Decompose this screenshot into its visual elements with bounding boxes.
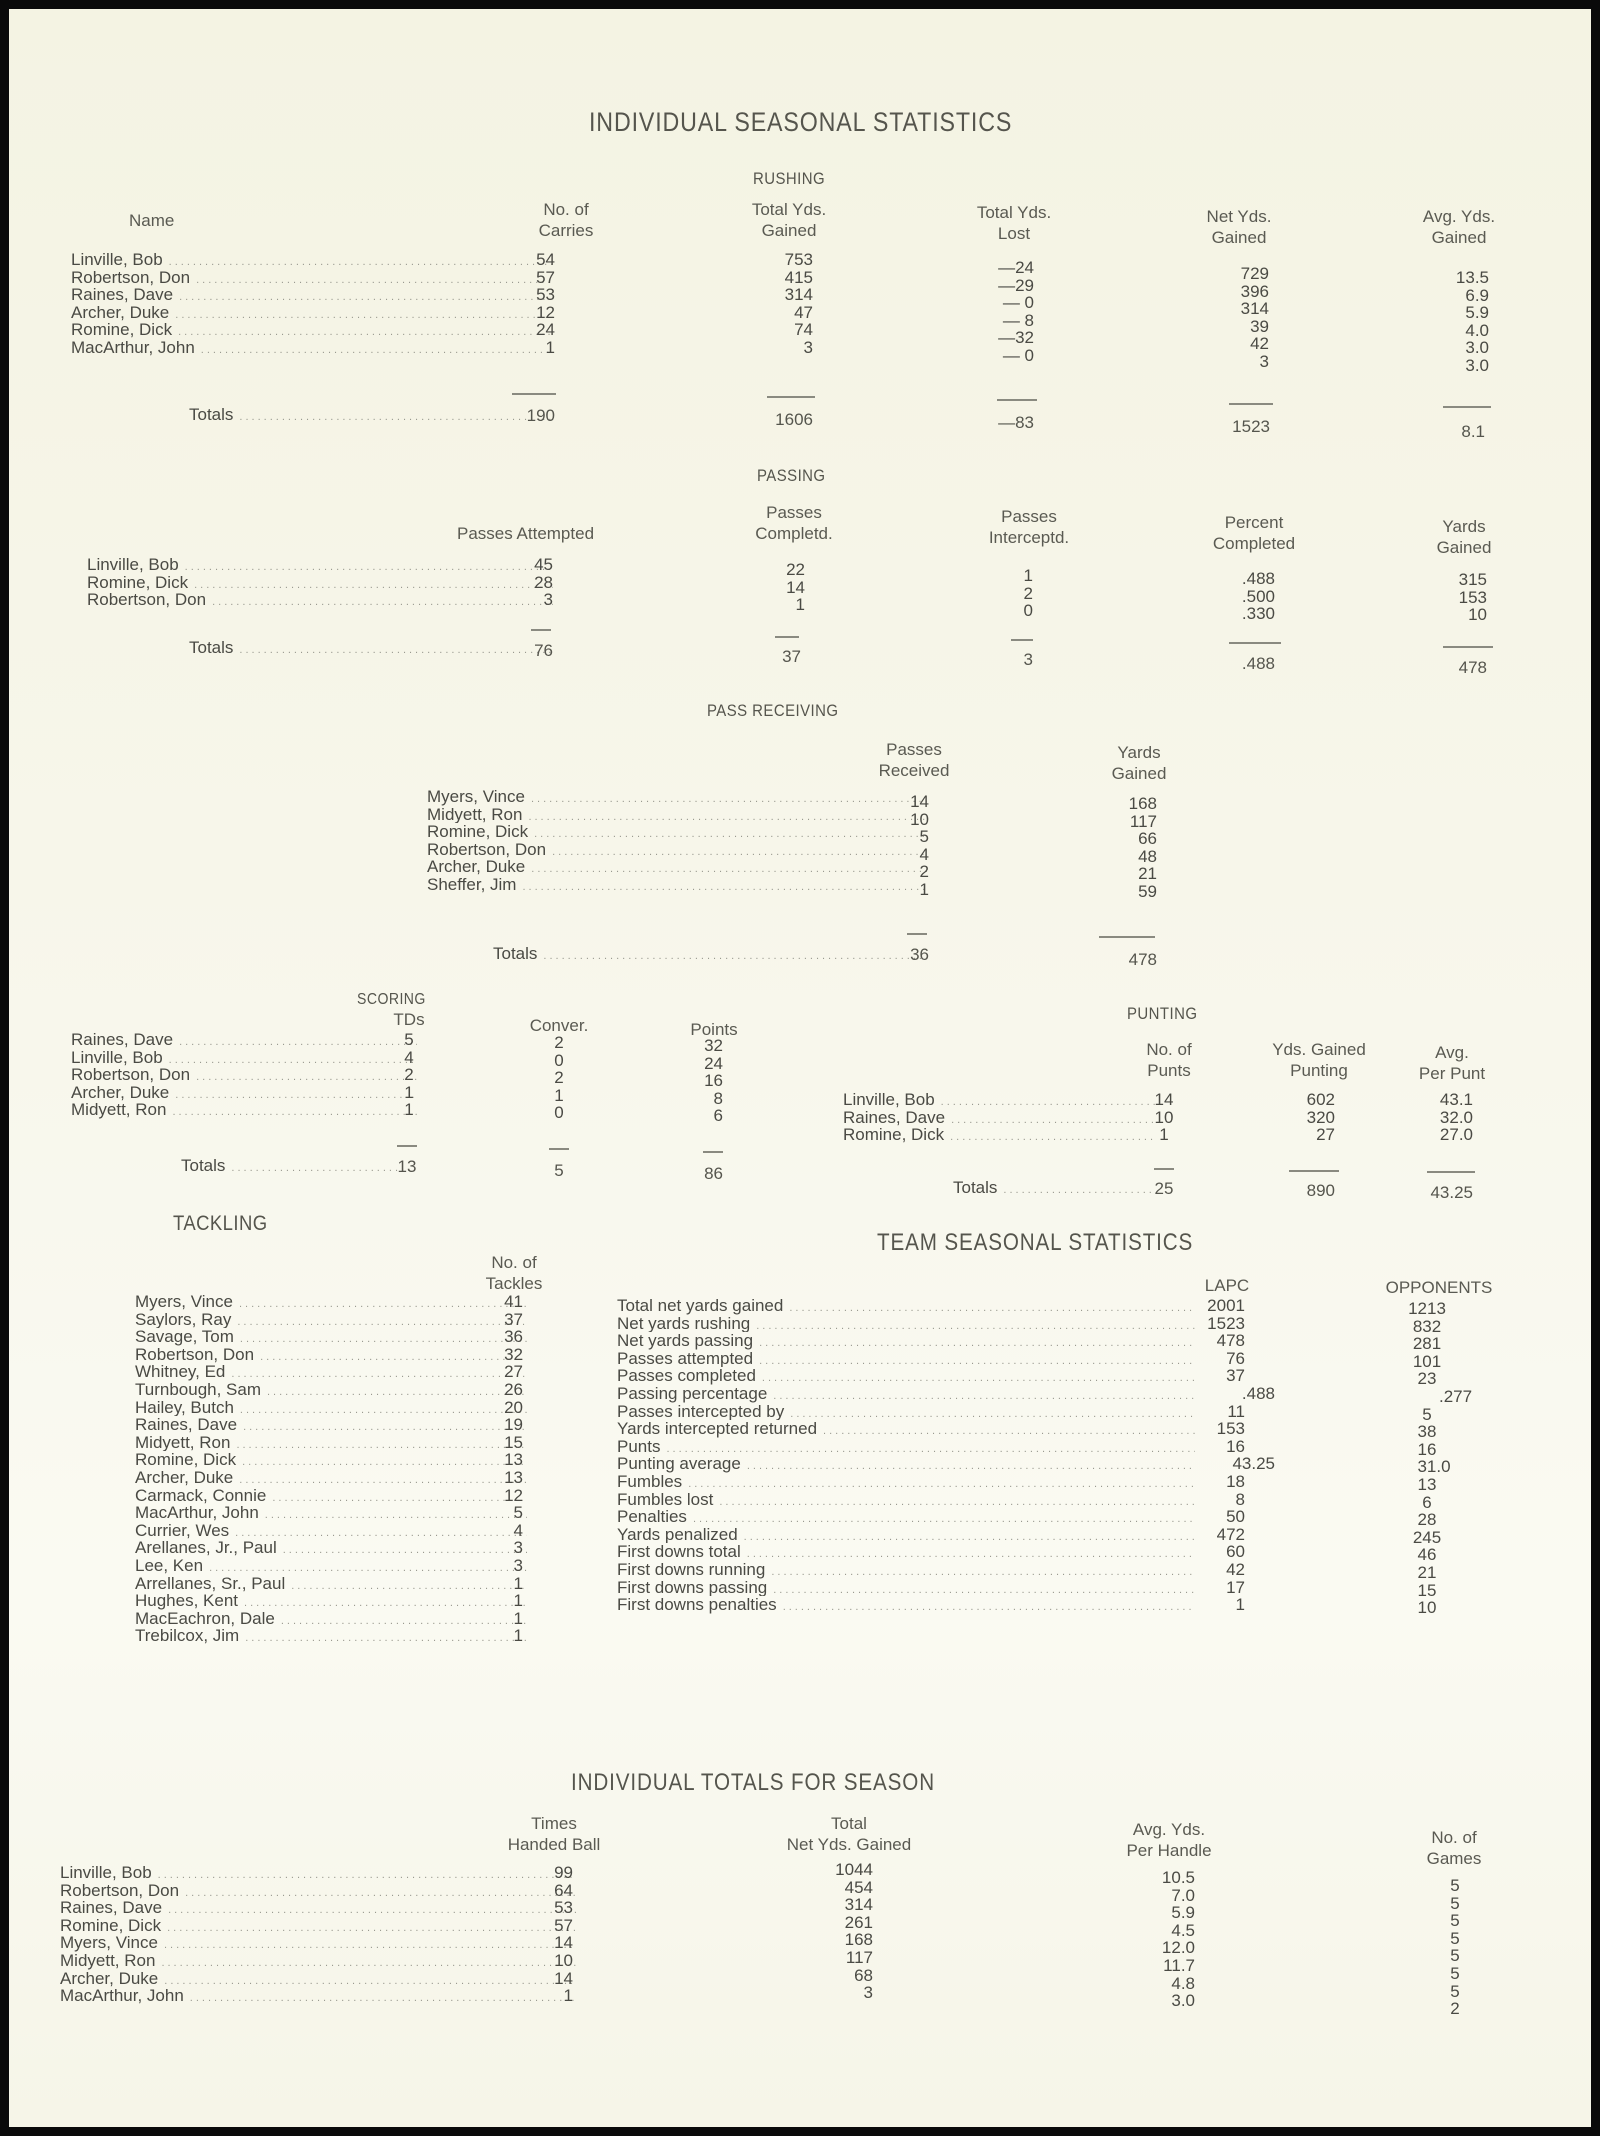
stat-label: Passes completed <box>617 1367 762 1385</box>
cell-received: 4 <box>899 846 929 864</box>
cell-opponents: 1213 <box>1399 1300 1455 1318</box>
cell-yards: 168 <box>1117 795 1157 813</box>
col-header-opponents: OPPONENTS <box>1379 1277 1499 1298</box>
cell-yards: 117 <box>1117 813 1157 831</box>
table-row: Robertson, Don <box>135 1346 527 1364</box>
player-name: Myers, Vince <box>135 1293 239 1311</box>
table-row: Archer, Duke <box>71 304 553 322</box>
table-row: First downs penalties <box>617 1596 1195 1614</box>
total-points: 86 <box>689 1164 723 1184</box>
table-row: Passes intercepted by <box>617 1403 1195 1421</box>
passing-heading: PASSING <box>757 466 825 486</box>
player-name: Arrellanes, Sr., Paul <box>135 1575 291 1593</box>
total-carries: 190 <box>515 406 555 426</box>
cell-points: 8 <box>689 1090 723 1108</box>
table-row: Midyett, Ron <box>60 1952 576 1970</box>
cell-tds: 2 <box>397 1066 421 1084</box>
col-header-punts: No. of Punts <box>1129 1039 1209 1081</box>
cell-handled: 64 <box>543 1882 573 1900</box>
cell-net: 729 <box>1231 265 1269 283</box>
totals-handled-col: 99 64 53 57 14 10 14 1 <box>543 1864 573 2005</box>
cell-lapc: 8 <box>1195 1491 1245 1509</box>
table-row: Romine, Dick <box>135 1451 527 1469</box>
cell-opponents: 832 <box>1399 1318 1455 1336</box>
cell-opponents: 38 <box>1399 1423 1455 1441</box>
player-name: Sheffer, Jim <box>427 876 522 894</box>
cell-opponents: 6 <box>1399 1494 1455 1512</box>
cell-net: 42 <box>1231 335 1269 353</box>
cell-lost: —32 <box>994 329 1034 347</box>
player-name: Raines, Dave <box>135 1416 243 1434</box>
player-name: Midyett, Ron <box>135 1434 236 1452</box>
col-header-per-punt: Avg. Per Punt <box>1407 1042 1497 1084</box>
scoring-tds-col: 5 4 2 1 1 <box>397 1031 421 1119</box>
cell-conver: 0 <box>547 1104 571 1122</box>
leader-dots <box>773 1388 1195 1403</box>
cell-received: 14 <box>899 793 929 811</box>
cell-opponents: 10 <box>1399 1599 1455 1617</box>
player-name: Linville, Bob <box>71 1049 169 1067</box>
leader-dots <box>240 1331 527 1346</box>
cell-tackles: 36 <box>489 1328 523 1346</box>
player-name: Currier, Wes <box>135 1522 235 1540</box>
passing-percent-col: .488 .500 .330 <box>1231 570 1275 623</box>
punting-avg-col: 43.1 32.0 27.0 <box>1429 1091 1473 1144</box>
passing-intercepted-col: 1 2 0 <box>1009 567 1033 620</box>
player-name: Saylors, Ray <box>135 1311 237 1329</box>
leader-dots <box>534 826 927 841</box>
total-per-punt: 43.25 <box>1423 1183 1473 1203</box>
cell-tds: 1 <box>397 1101 421 1119</box>
scoring-names: Raines, Dave Linville, Bob Robertson, Do… <box>71 1031 417 1119</box>
cell-opponents: 16 <box>1399 1441 1455 1459</box>
table-row: Arellanes, Jr., Paul <box>135 1539 527 1557</box>
table-row: Midyett, Ron <box>427 806 927 824</box>
receiving-heading: PASS RECEIVING <box>707 701 838 721</box>
leader-dots <box>236 1437 527 1452</box>
leader-dots <box>693 1511 1195 1526</box>
cell-lapc: 43.25 <box>1195 1455 1275 1473</box>
total-completed: 37 <box>765 647 801 667</box>
cell-conver: 0 <box>547 1052 571 1070</box>
cell-received: 2 <box>899 863 929 881</box>
table-row: Robertson, Don <box>87 591 553 609</box>
stat-label: Net yards rushing <box>617 1315 756 1333</box>
leader-dots <box>239 1472 527 1487</box>
team-stats-heading: TEAM SEASONAL STATISTICS <box>877 1229 1193 1257</box>
total-punt-yards: 890 <box>1297 1181 1335 1201</box>
col-header-punt-yards: Yds. Gained Punting <box>1259 1039 1379 1081</box>
leader-dots <box>941 1094 1157 1109</box>
col-header-lapc: LAPC <box>1197 1275 1257 1296</box>
table-row: Romine, Dick <box>87 574 553 592</box>
col-header-tds: TDs <box>389 1009 429 1030</box>
table-row: Midyett, Ron <box>71 1101 417 1119</box>
leader-dots <box>239 1296 527 1311</box>
player-name: Whitney, Ed <box>135 1363 231 1381</box>
player-name: MacArthur, John <box>135 1504 265 1522</box>
player-name: Robertson, Don <box>427 841 552 859</box>
cell-games: 5 <box>1445 1877 1465 1895</box>
cell-tackles: 27 <box>489 1363 523 1381</box>
cell-net: 3 <box>1231 353 1269 371</box>
cell-conver: 1 <box>547 1087 571 1105</box>
cell-avg: 6.9 <box>1449 287 1489 305</box>
col-header-total-lost: Total Yds. Lost <box>959 202 1069 244</box>
col-header-rec-yards: Yards Gained <box>1094 742 1184 784</box>
cell-tackles: 3 <box>489 1539 523 1557</box>
scoring-conver-col: 2 0 2 1 0 <box>547 1034 571 1122</box>
cell-lapc: 18 <box>1195 1473 1245 1491</box>
leader-dots <box>951 1112 1157 1127</box>
cell-yards: 320 <box>1299 1109 1335 1127</box>
cell-received: 1 <box>899 881 929 899</box>
cell-net: 3 <box>829 1984 873 2002</box>
cell-avg: 4.0 <box>1449 322 1489 340</box>
totals-label: Totals <box>953 1179 1003 1197</box>
table-row: Robertson, Don <box>71 269 553 287</box>
cell-avg: 11.7 <box>1147 1957 1195 1975</box>
table-row: Robertson, Don <box>60 1882 576 1900</box>
cell-lapc: 17 <box>1195 1579 1245 1597</box>
cell-games: 5 <box>1445 1947 1465 1965</box>
table-row: Linville, Bob <box>87 556 553 574</box>
leader-dots <box>244 1595 527 1610</box>
player-name: Romine, Dick <box>427 823 534 841</box>
total-net: 1523 <box>1224 417 1270 437</box>
table-row: Archer, Duke <box>60 1970 576 1988</box>
player-name: Myers, Vince <box>60 1934 164 1952</box>
player-name: Archer, Duke <box>71 304 175 322</box>
totals-net-col: 1044 454 314 261 168 117 68 3 <box>829 1861 873 2002</box>
cell-tackles: 13 <box>489 1451 523 1469</box>
cell-tackles: 3 <box>489 1557 523 1575</box>
cell-net: 454 <box>829 1879 873 1897</box>
leader-dots <box>239 409 551 424</box>
leader-dots <box>168 1902 576 1917</box>
cell-opponents: 15 <box>1399 1582 1455 1600</box>
table-row: Arrellanes, Sr., Paul <box>135 1575 527 1593</box>
cell-lapc: 60 <box>1195 1543 1245 1561</box>
cell-avg: 43.1 <box>1429 1091 1473 1109</box>
cell-lapc: 37 <box>1195 1367 1245 1385</box>
stat-label: Yards intercepted returned <box>617 1420 823 1438</box>
table-row: Archer, Duke <box>135 1469 527 1487</box>
stat-label: Passing percentage <box>617 1385 773 1403</box>
rushing-net-col: 729 396 314 39 42 3 <box>1231 265 1269 371</box>
leader-dots <box>688 1476 1195 1491</box>
total-punts: 25 <box>1147 1179 1181 1199</box>
leader-dots <box>789 1300 1195 1315</box>
cell-intercepted: 0 <box>1009 602 1033 620</box>
total-rec-yards: 478 <box>1117 950 1157 970</box>
leader-dots <box>178 324 553 339</box>
leader-dots <box>771 1564 1195 1579</box>
leader-dots <box>756 1318 1195 1333</box>
cell-points: 24 <box>689 1055 723 1073</box>
cell-lapc: 2001 <box>1195 1297 1245 1315</box>
leader-dots <box>552 844 927 859</box>
leader-dots <box>528 809 927 824</box>
leader-dots <box>172 1104 417 1119</box>
table-row: Myers, Vince <box>135 1293 527 1311</box>
cell-opponents: 21 <box>1399 1564 1455 1582</box>
cell-gained: 3 <box>769 339 813 357</box>
cell-tackles: 12 <box>489 1487 523 1505</box>
table-row: First downs total <box>617 1543 1195 1561</box>
leader-dots <box>543 948 927 963</box>
total-yards: 478 <box>1449 658 1487 678</box>
cell-points: 32 <box>689 1037 723 1055</box>
leader-dots <box>235 1525 527 1540</box>
col-header-received: Passes Received <box>859 739 969 781</box>
player-name: Linville, Bob <box>87 556 185 574</box>
cell-avg: 3.0 <box>1449 357 1489 375</box>
cell-tackles: 20 <box>489 1399 523 1417</box>
table-row: Passes attempted <box>617 1350 1195 1368</box>
stat-label: Penalties <box>617 1508 693 1526</box>
player-name: Trebilcox, Jim <box>135 1627 245 1645</box>
player-name: Romine, Dick <box>135 1451 242 1469</box>
cell-avg: 13.5 <box>1449 269 1489 287</box>
cell-avg: 3.0 <box>1449 339 1489 357</box>
leader-dots <box>243 1419 527 1434</box>
cell-gained: 415 <box>769 269 813 287</box>
cell-net: 39 <box>1231 318 1269 336</box>
leader-dots <box>666 1441 1195 1456</box>
table-row: MacArthur, John <box>60 1987 576 2005</box>
cell-net: 117 <box>829 1949 873 1967</box>
scoring-heading: SCORING <box>357 991 426 1009</box>
cell-opponents: .277 <box>1439 1388 1455 1406</box>
cell-opponents: 31.0 <box>1413 1458 1455 1476</box>
leader-dots <box>164 1973 576 1988</box>
passing-attempted-col: 45 28 3 <box>517 556 553 609</box>
leader-dots <box>744 1529 1195 1544</box>
cell-avg: 4.8 <box>1147 1975 1195 1993</box>
page-title: INDIVIDUAL SEASONAL STATISTICS <box>589 107 1012 138</box>
cell-tackles: 41 <box>489 1293 523 1311</box>
cell-points: 16 <box>689 1072 723 1090</box>
player-name: MacEachron, Dale <box>135 1610 281 1628</box>
table-row: Punting average <box>617 1455 1195 1473</box>
leader-dots <box>762 1370 1195 1385</box>
cell-intercepted: 2 <box>1009 585 1033 603</box>
cell-lost: — 0 <box>994 294 1034 312</box>
cell-attempted: 3 <box>517 591 553 609</box>
player-name: Lee, Ken <box>135 1557 209 1575</box>
table-row: Saylors, Ray <box>135 1311 527 1329</box>
cell-percent: .330 <box>1231 605 1275 623</box>
cell-lapc: 42 <box>1195 1561 1245 1579</box>
stat-label: Passes intercepted by <box>617 1403 790 1421</box>
table-row: Robertson, Don <box>71 1066 417 1084</box>
leader-dots <box>231 1366 527 1381</box>
player-name: Midyett, Ron <box>427 806 528 824</box>
cell-lapc: 1 <box>1195 1596 1245 1614</box>
tackling-names: Myers, Vince Saylors, Ray Savage, Tom Ro… <box>135 1293 527 1645</box>
cell-yards: 10 <box>1449 606 1487 624</box>
leader-dots <box>190 1990 576 2005</box>
table-row: Currier, Wes <box>135 1522 527 1540</box>
cell-yards: 66 <box>1117 830 1157 848</box>
player-name: Robertson, Don <box>60 1882 185 1900</box>
col-header-carries: No. of Carries <box>521 199 611 241</box>
cell-net: 68 <box>829 1967 873 1985</box>
cell-tds: 5 <box>397 1031 421 1049</box>
leader-dots <box>212 594 553 609</box>
player-name: Linville, Bob <box>60 1864 158 1882</box>
table-row: Whitney, Ed <box>135 1363 527 1381</box>
col-header-total-gained: Total Yds. Gained <box>734 199 844 241</box>
player-name: MacArthur, John <box>60 1987 190 2005</box>
leader-dots <box>242 1454 527 1469</box>
table-row: Punts <box>617 1438 1195 1456</box>
rushing-names: Linville, Bob Robertson, Don Raines, Dav… <box>71 251 553 357</box>
player-name: Archer, Duke <box>427 858 531 876</box>
sum-rule <box>1427 1171 1475 1173</box>
leader-dots <box>179 289 553 304</box>
cell-punts: 14 <box>1147 1091 1181 1109</box>
cell-avg: 27.0 <box>1429 1126 1473 1144</box>
cell-punts: 10 <box>1147 1109 1181 1127</box>
stat-label: First downs running <box>617 1561 771 1579</box>
player-name: Myers, Vince <box>427 788 531 806</box>
cell-tackles: 1 <box>489 1592 523 1610</box>
player-name: Savage, Tom <box>135 1328 240 1346</box>
cell-tackles: 1 <box>489 1610 523 1628</box>
cell-lost: —29 <box>994 277 1034 295</box>
punting-names: Linville, Bob Raines, Dave Romine, Dick <box>843 1091 1157 1144</box>
table-row: Lee, Ken <box>135 1557 527 1575</box>
leader-dots <box>196 1069 417 1084</box>
player-name: Linville, Bob <box>71 251 169 269</box>
leader-dots <box>773 1582 1195 1597</box>
passing-yards-col: 315 153 10 <box>1449 571 1487 624</box>
table-row: Raines, Dave <box>71 286 553 304</box>
cell-games: 5 <box>1445 1912 1465 1930</box>
table-row: Fumbles lost <box>617 1491 1195 1509</box>
player-name: Robertson, Don <box>87 591 212 609</box>
table-row: Penalties <box>617 1508 1195 1526</box>
col-header-avg-gained: Avg. Yds. Gained <box>1409 206 1509 248</box>
cell-carries: 1 <box>519 339 555 357</box>
cell-net: 261 <box>829 1914 873 1932</box>
cell-carries: 57 <box>519 269 555 287</box>
col-header-total-net: Total Net Yds. Gained <box>769 1813 929 1855</box>
sum-rule <box>1229 642 1281 644</box>
player-name: Turnbough, Sam <box>135 1381 267 1399</box>
cell-completed: 14 <box>769 579 805 597</box>
col-header-times-handled: Times Handed Ball <box>504 1813 604 1855</box>
leader-dots <box>169 1052 417 1067</box>
stat-label: Net yards passing <box>617 1332 759 1350</box>
player-name: Raines, Dave <box>71 286 179 304</box>
player-name: Raines, Dave <box>60 1899 168 1917</box>
table-row: Net yards rushing <box>617 1315 1195 1333</box>
leader-dots <box>747 1546 1195 1561</box>
receiving-yards-col: 168 117 66 48 21 59 <box>1117 795 1157 901</box>
leader-dots <box>194 577 553 592</box>
cell-handled: 14 <box>543 1934 573 1952</box>
cell-tackles: 4 <box>489 1522 523 1540</box>
leader-dots <box>1003 1182 1153 1197</box>
col-header-completed: Passes Completd. <box>739 502 849 544</box>
cell-tackles: 19 <box>489 1416 523 1434</box>
passing-names: Linville, Bob Romine, Dick Robertson, Do… <box>87 556 553 609</box>
cell-gained: 314 <box>769 286 813 304</box>
cell-yards: 153 <box>1449 589 1487 607</box>
sum-rule <box>512 393 556 395</box>
player-name: Robertson, Don <box>71 269 196 287</box>
table-row: Total net yards gained <box>617 1297 1195 1315</box>
passing-totals-label: Totals <box>189 639 551 657</box>
table-row: Yards penalized <box>617 1526 1195 1544</box>
player-name: Romine, Dick <box>71 321 178 339</box>
table-row: Carmack, Connie <box>135 1487 527 1505</box>
totals-label: Totals <box>189 639 239 657</box>
leader-dots <box>950 1129 1157 1144</box>
player-name: Romine, Dick <box>87 574 194 592</box>
player-name: Raines, Dave <box>71 1031 179 1049</box>
cell-received: 5 <box>899 828 929 846</box>
leader-dots <box>747 1458 1195 1473</box>
cell-carries: 12 <box>519 304 555 322</box>
table-row: Sheffer, Jim <box>427 876 927 894</box>
cell-games: 5 <box>1445 1895 1465 1913</box>
rushing-carries-col: 54 57 53 12 24 1 <box>519 251 555 357</box>
cell-games: 5 <box>1445 1930 1465 1948</box>
player-name: Robertson, Don <box>71 1066 196 1084</box>
col-header-net-gained: Net Yds. Gained <box>1189 206 1289 248</box>
player-name: MacArthur, John <box>71 339 201 357</box>
sum-rule <box>997 399 1037 401</box>
stat-label: Passes attempted <box>617 1350 759 1368</box>
leader-dots <box>265 1507 527 1522</box>
table-row: Myers, Vince <box>60 1934 576 1952</box>
leader-dots <box>237 1314 527 1329</box>
player-name: Raines, Dave <box>843 1109 951 1127</box>
sum-rule <box>907 933 927 935</box>
table-row: Romine, Dick <box>60 1917 576 1935</box>
team-lapc-col: 2001 1523 478 76 37 .488 11 153 16 43.25… <box>1195 1297 1245 1614</box>
leader-dots <box>169 254 553 269</box>
table-row: Romine, Dick <box>843 1126 1157 1144</box>
totals-label: Totals <box>189 406 239 424</box>
cell-yards: 602 <box>1299 1091 1335 1109</box>
cell-avg: 7.0 <box>1147 1887 1195 1905</box>
table-row: Fumbles <box>617 1473 1195 1491</box>
leader-dots <box>209 1560 527 1575</box>
table-row: MacArthur, John <box>135 1504 527 1522</box>
cell-lapc: 50 <box>1195 1508 1245 1526</box>
leader-dots <box>260 1349 527 1364</box>
totals-avg-col: 10.5 7.0 5.9 4.5 12.0 11.7 4.8 3.0 <box>1147 1869 1195 2010</box>
player-name: Hughes, Kent <box>135 1592 244 1610</box>
player-name: Carmack, Connie <box>135 1487 272 1505</box>
sum-rule <box>703 1151 723 1153</box>
leader-dots <box>185 1885 576 1900</box>
table-row: First downs passing <box>617 1579 1195 1597</box>
cell-lapc: 472 <box>1195 1526 1245 1544</box>
leader-dots <box>196 272 553 287</box>
punting-punts-col: 14 10 1 <box>1147 1091 1181 1144</box>
cell-tackles: 1 <box>489 1575 523 1593</box>
leader-dots <box>231 1160 411 1175</box>
tackling-count-col: 41 37 36 32 27 26 20 19 15 13 13 12 5 4 … <box>489 1293 523 1645</box>
col-header-attempted: Passes Attempted <box>457 523 594 544</box>
cell-tds: 4 <box>397 1049 421 1067</box>
